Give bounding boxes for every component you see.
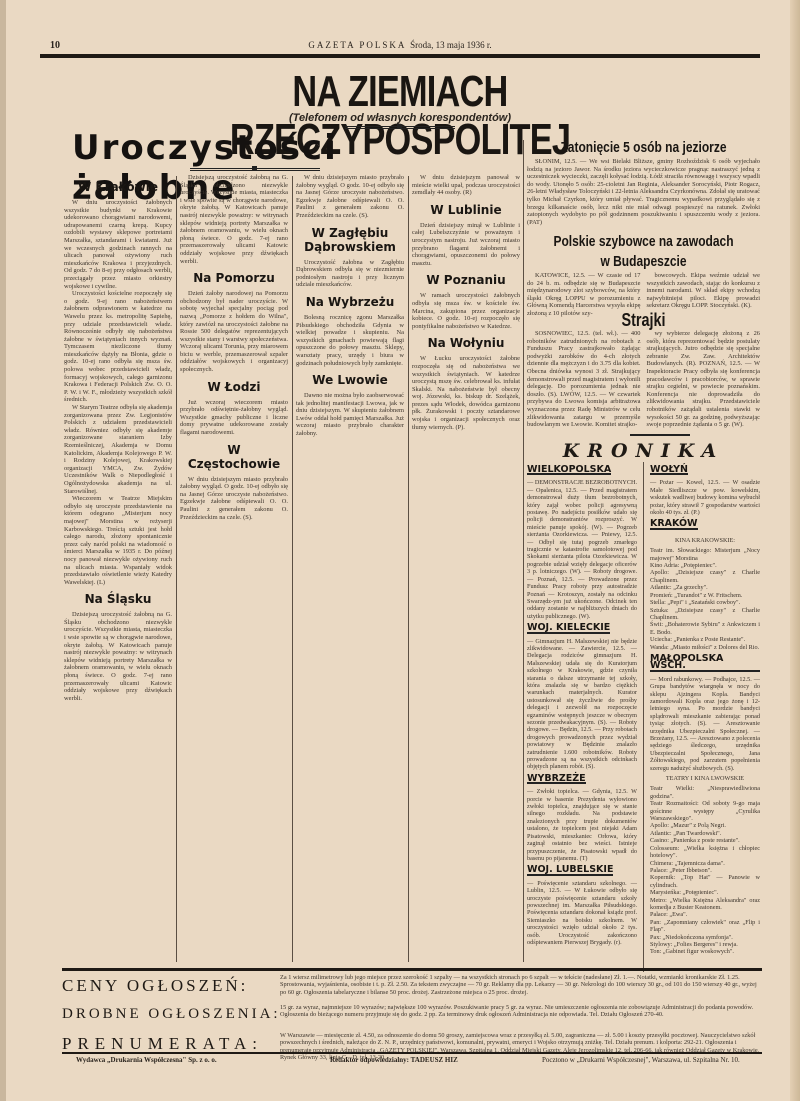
- ad-text: Za 1 wiersz milimetrowy lub jego miejsce…: [280, 974, 760, 996]
- kronika-right-column: WOŁYŃ — Pożar — Kowel, 12.5. — W osadzie…: [650, 462, 760, 972]
- page-edge: [790, 0, 800, 1101]
- listing: Świt: „Bohaterowie Sybiru" z Ankwiczem i…: [650, 621, 760, 636]
- ads-rule: [62, 968, 762, 971]
- column-rule: [643, 462, 644, 972]
- article-paragraph: Wieczorem w Teatrze Miejskim odbyło się …: [64, 495, 172, 586]
- kronika-item: — Zwłoki topielca. — Gdynia, 12.5. W por…: [527, 788, 637, 862]
- story-paragraph: wy wybierze delegację złożoną z 26 osób,…: [647, 330, 761, 429]
- story-body: SOSNOWIEC, 12.5. (tel. wł.). — 400 robot…: [527, 330, 760, 429]
- listing: Sztuka: „Dzisiejsze czasy" z Charlie Cha…: [650, 607, 760, 622]
- ad-label: PRENUMERATA:: [62, 1034, 282, 1054]
- masthead: GAZETA POLSKA Środa, 13 maja 1936 r.: [40, 40, 760, 50]
- article-paragraph: W dniu uroczystości żałobnych wszystkie …: [64, 199, 172, 290]
- article-heading: Na Wołyniu: [412, 336, 520, 350]
- article-column-2: Dzisiejszą uroczystość żałobną na G. Ślą…: [180, 174, 288, 964]
- listing: Apollo: „Dzisiejsze czasy" z Charlie Cha…: [650, 569, 760, 584]
- kronika-title: KRONIKA: [527, 440, 760, 462]
- ad-text: 15 gr. za wyraz, najmniejsze 10 wyrazów;…: [280, 1004, 760, 1019]
- article-column-3: W dniu dzisiejszym miasto przybrało żało…: [296, 174, 404, 964]
- ad-row-rates: CENY OGŁOSZEŃ: Za 1 wiersz milimetrowy l…: [62, 974, 762, 1004]
- page-folio: 10 GAZETA POLSKA Środa, 13 maja 1936 r.: [40, 38, 760, 52]
- news-story-strikes: Strajki SOSNOWIEC, 12.5. (tel. wł.). — 4…: [527, 310, 760, 429]
- region-heading: KRAKÓW: [650, 520, 698, 529]
- article-paragraph: Bolesną rocznicę zgonu Marszałka Piłsuds…: [296, 314, 404, 367]
- kronika-left-column: WIELKOPOLSKA — DEMONSTRACJE BEZROBOTNYCH…: [527, 462, 637, 972]
- listing: Chimera: „Tajemnicza dama".: [650, 860, 760, 867]
- story-body: SŁONIM, 12.5. — We wsi Bielaki Bliższe, …: [527, 158, 760, 226]
- article-paragraph: Uroczystość żałobna w Zagłębiu Dąbrowski…: [296, 259, 404, 289]
- article-heading: W Zagłębiu Dąbrowskiem: [296, 226, 404, 254]
- region-heading: WOJ. KIELECKIE: [527, 624, 610, 633]
- article-column-1: W Krakowie W dniu uroczystości żałobnych…: [64, 174, 172, 964]
- article-paragraph: Dzisiejszą uroczystość żałobną na G. Ślą…: [180, 174, 288, 265]
- region-heading: WIELKOPOLSKA: [527, 466, 611, 475]
- editor: Redaktor odpowiedzialny: TADEUSZ HIZ: [330, 1056, 458, 1064]
- article-heading: W Poznaniu: [412, 273, 520, 287]
- listing: Promień: „Turandot" z W. Fritschem.: [650, 592, 760, 599]
- listing: Atlantic: „Za grzechy".: [650, 584, 760, 591]
- listing: Wanda: „Miasto miłości" z Dolores del Ri…: [650, 644, 760, 651]
- column-rule: [408, 176, 409, 962]
- listing: Pax: „Niedokończona symfonja".: [650, 934, 760, 941]
- article-heading: Na Pomorzu: [180, 271, 288, 285]
- article-paragraph: Dawno nie można było zaobserwować tak je…: [296, 392, 404, 438]
- kronika-item: — Mord rabunkowy. — Podhajce, 12.5. — Gr…: [650, 676, 760, 772]
- header-rule: [40, 54, 760, 58]
- listing: Palace: „Peter Ibbetson".: [650, 867, 760, 874]
- listing: Metro: „Wielka Księżna Aleksandra" oraz …: [650, 897, 760, 912]
- page-subheadline: (Telefonem od własnych korespondentów): [40, 112, 760, 124]
- article-paragraph: W dniu dzisiejszym miasto przybrało żało…: [180, 476, 288, 522]
- article-heading: W Częstochowie: [180, 443, 288, 471]
- article-paragraph: W Łucku uroczystości żałobne rozpoczęła …: [412, 355, 520, 431]
- article-paragraph: Dzień żałoby narodowej na Pomorzu obchod…: [180, 290, 288, 374]
- ornament-divider: [190, 168, 320, 171]
- region-heading: MAŁOPOLSKA WSCH.: [650, 655, 760, 672]
- listing: Kino Adria: „Potępieniec".: [650, 562, 760, 569]
- article-paragraph: W Starym Teatrze odbyła się akademja zor…: [64, 404, 172, 495]
- footer-rule: [62, 1052, 762, 1054]
- story-paragraph: SŁONIM, 12.5. — We wsi Bielaki Bliższe, …: [527, 158, 760, 226]
- column-rule: [176, 176, 177, 962]
- story-paragraph: SOSNOWIEC, 12.5. (tel. wł.). — 400 robot…: [527, 330, 641, 429]
- listing: Teatr im. Słowackiego: Misterjum „Nocy m…: [650, 547, 760, 562]
- article-paragraph: Już wczoraj wieczorem miasto przybrało o…: [180, 399, 288, 437]
- news-story-gliders: Polskie szybowce na zawodach w Budapeszc…: [527, 232, 760, 318]
- region-heading: WYBRZEŻE: [527, 775, 586, 784]
- ad-label: DROBNE OGŁOSZENIA:: [62, 1006, 282, 1023]
- kronika-item: — Gimnazjum H. Malszewskiej nie będzie z…: [527, 638, 637, 771]
- listing: Teatr Wielki: „Niesprawiedliwiona godzin…: [650, 785, 760, 800]
- article-heading: Na Śląsku: [64, 592, 172, 606]
- kronika-item: — Poświęcenie sztandaru szkolnego. — Lub…: [527, 880, 637, 947]
- kronika-item: — Pożar — Kowel, 12.5. — W osadzie Małe …: [650, 479, 760, 516]
- listing: Colosseum: „Wielka księżna i chłopiec ho…: [650, 845, 760, 860]
- region-heading: WOŁYŃ: [650, 466, 688, 475]
- article-paragraph: Dzisiejszą uroczystość żałobną na G. Ślą…: [64, 611, 172, 702]
- issue-date: Środa, 13 maja 1936 r.: [410, 40, 492, 50]
- listing: Apollo: „Mazur" z Polą Negri.: [650, 822, 760, 829]
- article-heading: W Krakowie: [64, 180, 172, 194]
- listing: Pan: „Zapomniany człowiek" oraz „Flip i …: [650, 919, 760, 934]
- listing: Uciecha: „Panienka z Poste Restante".: [650, 636, 760, 643]
- listing: Stella: „Pepi" i „Szatański cowboy".: [650, 599, 760, 606]
- page-edge: [0, 0, 6, 1101]
- story-paragraph: bowcowych. Ekipa weźmie udział we wszyst…: [647, 272, 761, 310]
- story-title: Strajki: [550, 310, 736, 330]
- article-column-4: W dniu dzisiejszym panował w mieście wie…: [412, 174, 520, 964]
- listing: Marysieńka: „Potępieniec".: [650, 889, 760, 896]
- region-heading: WOJ. LUBELSKIE: [527, 866, 613, 875]
- story-title: Polskie szybowce na zawodach w Budapeszc…: [550, 232, 736, 272]
- printer: Pocztono w „Drukarni Współczesnej", Wars…: [542, 1056, 740, 1064]
- listing-subhead: KINA KRAKOWSKIE:: [650, 537, 760, 544]
- ad-row-classifieds: DROBNE OGŁOSZENIA: 15 gr. za wyraz, najm…: [62, 1004, 762, 1034]
- article-paragraph: W ramach uroczystości żałobnych odbyła s…: [412, 292, 520, 330]
- kronika-section: KRONIKA WIELKOPOLSKA — DEMONSTRACJE BEZR…: [527, 440, 760, 972]
- article-paragraph: W dniu dzisiejszym miasto przybrało żało…: [296, 174, 404, 220]
- article-paragraph: Uroczystości kościelne rozpoczęły się o …: [64, 290, 172, 404]
- ornament-divider: [630, 434, 690, 436]
- listing: Palace: „Ewa".: [650, 911, 760, 918]
- article-heading: Na Wybrzeżu: [296, 295, 404, 309]
- listing-subhead: TEATRY I KINA LWOWSKIE: [650, 775, 760, 782]
- listing: Atlantic: „Pan Twardowski".: [650, 830, 760, 837]
- article-heading: W Łodzi: [180, 380, 288, 394]
- listing: Kopernik: „Top Hat" — Panowie w cylindra…: [650, 874, 760, 889]
- story-title: Zatonięcie 5 osób na jeziorze: [550, 138, 736, 158]
- publisher: Wydawca „Drukarnia Współczesna" Sp. z o.…: [76, 1056, 217, 1064]
- kronika-item: — DEMONSTRACJE BEZROBOTNYCH. — Opalenica…: [527, 479, 637, 620]
- newspaper-name: GAZETA POLSKA: [308, 40, 406, 50]
- listing: Casino: „Panienka z poste restante".: [650, 837, 760, 844]
- column-rule: [523, 140, 524, 962]
- article-paragraph: Dzień dzisiejszy minął w Lublinie i całe…: [412, 222, 520, 268]
- listing: Teatr Rozmaitości: Od soboty 9-go maja g…: [650, 800, 760, 822]
- ad-label: CENY OGŁOSZEŃ:: [62, 976, 282, 996]
- article-heading: We Lwowie: [296, 373, 404, 387]
- listing: Ton: „Gabinet figur woskowych".: [650, 948, 760, 955]
- column-rule: [292, 176, 293, 962]
- article-heading: W Lublinie: [412, 203, 520, 217]
- listing: Stylowy: „Folies Bergeres" i rewja.: [650, 941, 760, 948]
- article-paragraph: W dniu dzisiejszym panował w mieście wie…: [412, 174, 520, 197]
- news-story-drowning: Zatonięcie 5 osób na jeziorze SŁONIM, 12…: [527, 138, 760, 226]
